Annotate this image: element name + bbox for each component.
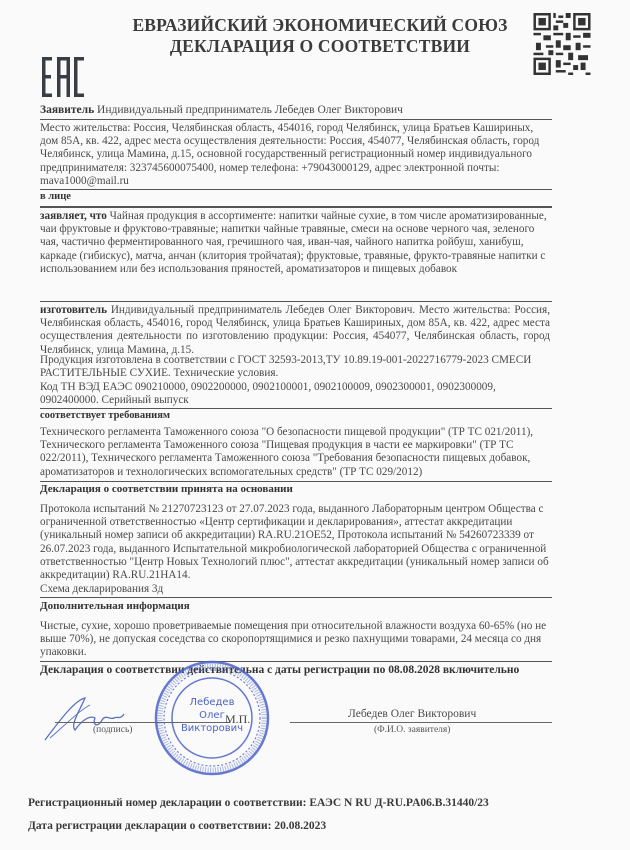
name-caption: (Ф.И.О. заявителя) (374, 725, 450, 735)
header-union-title: ЕВРАЗИЙСКИЙ ЭКОНОМИЧЕСКИЙ СОЮЗ (120, 15, 520, 36)
stamp-line-3: Викторович (181, 723, 243, 734)
divider (40, 119, 552, 120)
divider (40, 661, 552, 662)
manufacturer-codes: Код ТН ВЭД ЕАЭС 090210000, 0902200000, 0… (40, 381, 550, 407)
registration-date: Дата регистрации декларации о соответств… (28, 820, 326, 832)
basis-scheme: Схема декларирования 3д (40, 583, 550, 596)
name-line (290, 722, 552, 723)
signature-icon (40, 690, 130, 745)
header-declaration-title: ДЕКЛАРАЦИЯ О СООТВЕТСТВИИ (120, 36, 520, 57)
signature-caption: (подпись) (93, 725, 132, 735)
declaration-page: ЕВРАЗИЙСКИЙ ЭКОНОМИЧЕСКИЙ СОЮЗ ДЕКЛАРАЦИ… (0, 0, 630, 850)
company-stamp-icon: Лебедев Олег Викторович (153, 659, 271, 777)
validity-statement: Декларация о соответствии действительна … (40, 664, 519, 676)
additional-label: Дополнительная информация (40, 600, 190, 612)
qr-code-icon (531, 10, 593, 78)
applicant-label: Заявитель (40, 104, 94, 116)
declares-value: Чайная продукция в ассортименте: напитки… (40, 210, 547, 275)
in-person-label: в лице (40, 191, 71, 202)
divider (40, 189, 552, 190)
registration-number: Регистрационный номер декларации о соотв… (28, 797, 489, 809)
basis-label: Декларация о соответствии принята на осн… (40, 483, 293, 495)
declares-label: заявляет, что (40, 210, 107, 222)
document-header: ЕВРАЗИЙСКИЙ ЭКОНОМИЧЕСКИЙ СОЮЗ ДЕКЛАРАЦИ… (120, 15, 520, 57)
basis-value: Протокола испытаний № 21270723123 от 27.… (40, 503, 550, 582)
applicant-details: Место жительства: Россия, Челябинская об… (40, 122, 550, 188)
applicant-value: Индивидуальный предприниматель Лебедев О… (97, 104, 403, 116)
complies-label: соответствует требованиям (40, 410, 170, 421)
stamp-line-1: Лебедев (190, 697, 235, 708)
applicant-full-name: Лебедев Олег Викторович (348, 708, 548, 721)
manufacturer-standard: Продукция изготовлена в соответствии с Г… (40, 354, 550, 380)
complies-value: Технического регламента Таможенного союз… (40, 426, 550, 479)
divider (40, 597, 552, 598)
stamp-line-2: Олег (199, 710, 225, 721)
applicant-line: Заявитель Индивидуальный предприниматель… (40, 104, 550, 117)
eac-logo-icon (42, 57, 85, 97)
manufacturer-label: изготовитель (40, 304, 107, 316)
divider (40, 408, 552, 409)
manufacturer-block: изготовитель Индивидуальный предпринимат… (40, 304, 550, 357)
additional-value: Чистые, сухие, хорошо проветриваемые пом… (40, 620, 550, 660)
divider (40, 481, 552, 482)
declares-block: заявляет, что Чайная продукция в ассорти… (40, 210, 550, 276)
divider (40, 301, 552, 302)
manufacturer-value: Индивидуальный предприниматель Лебедев О… (40, 304, 550, 356)
divider (40, 206, 552, 208)
